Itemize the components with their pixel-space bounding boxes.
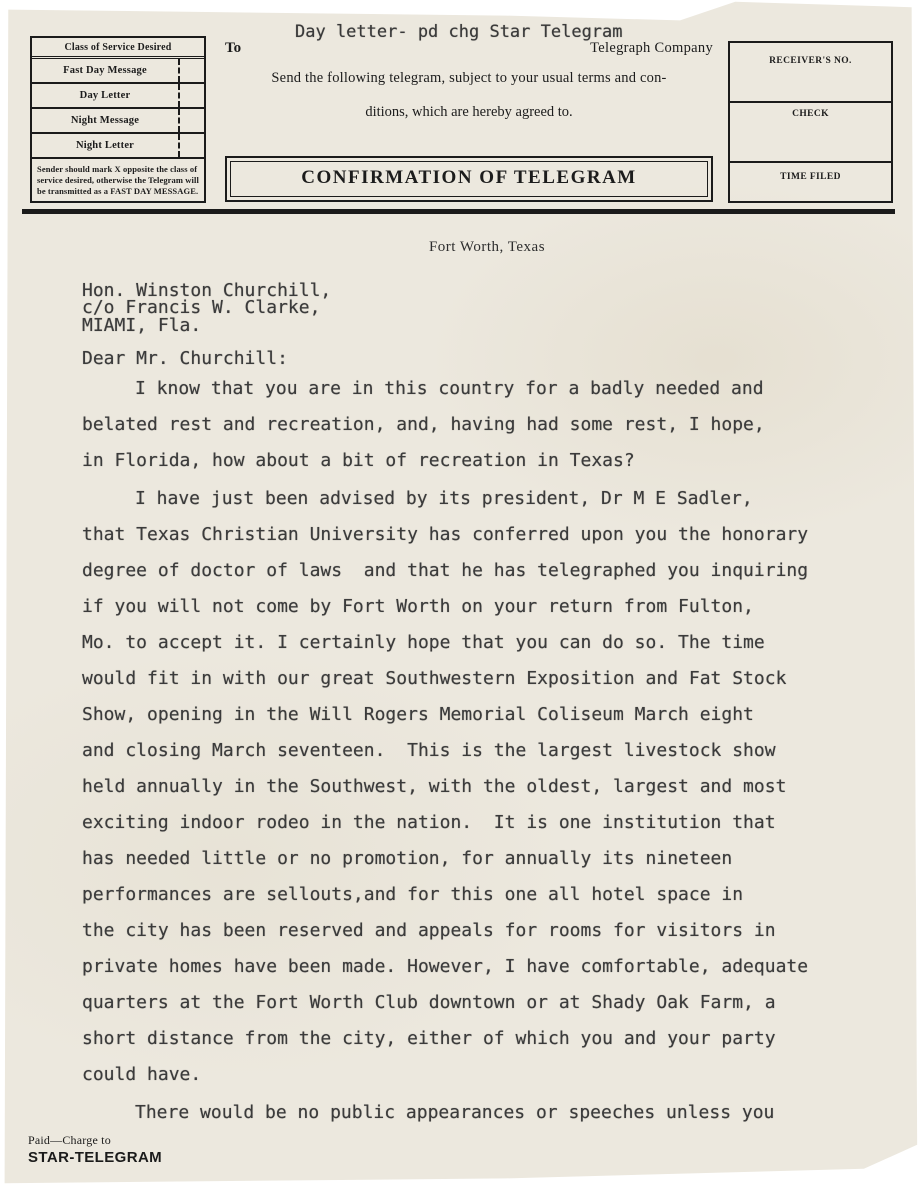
- service-option-label: Fast Day Message: [32, 65, 178, 76]
- letter-line: Mo. to accept it. I certainly hope that …: [82, 625, 869, 661]
- service-box-fine-print: Sender should mark X opposite the class …: [32, 159, 204, 201]
- paid-charge-label: Paid—Charge to: [28, 1133, 162, 1148]
- letter-line: held annually in the Southwest, with the…: [82, 769, 869, 805]
- terms-line-2: ditions, which are hereby agreed to.: [225, 104, 713, 121]
- letter-line: quarters at the Fort Worth Club downtown…: [82, 985, 869, 1021]
- letter-line: and closing March seventeen. This is the…: [82, 733, 869, 769]
- letter-line: exciting indoor rodeo in the nation. It …: [82, 805, 869, 841]
- salutation: Dear Mr. Churchill:: [82, 349, 869, 369]
- letter-line: if you will not come by Fort Worth on yo…: [82, 589, 869, 625]
- star-telegram-brand: STAR-TELEGRAM: [28, 1149, 162, 1166]
- letter-line: I have just been advised by its presiden…: [82, 481, 869, 517]
- letter-line: belated rest and recreation, and, having…: [82, 407, 869, 443]
- time-filed-field: TIME FILED: [730, 161, 891, 201]
- service-option-checkbox: [178, 134, 204, 157]
- header-divider-rule: [22, 209, 895, 214]
- service-option-row: Fast Day Message: [32, 59, 204, 84]
- to-company-row: To Telegraph Company: [225, 40, 713, 57]
- address-line: MIAMI, Fla.: [82, 317, 869, 335]
- service-option-label: Night Message: [32, 115, 178, 126]
- telegraph-company-label: Telegraph Company: [590, 40, 713, 57]
- confirmation-title: CONFIRMATION OF TELEGRAM: [230, 161, 708, 197]
- telegram-confirmation-document: Class of Service Desired Fast Day Messag…: [0, 0, 919, 1200]
- service-option-checkbox: [178, 109, 204, 132]
- letter-body: Hon. Winston Churchill, c/o Francis W. C…: [82, 282, 869, 1132]
- letter-line: that Texas Christian University has conf…: [82, 517, 869, 553]
- service-option-checkbox: [178, 84, 204, 107]
- service-option-row: Night Letter: [32, 134, 204, 159]
- service-option-label: Night Letter: [32, 140, 178, 151]
- document-footer: Paid—Charge to STAR-TELEGRAM: [28, 1133, 162, 1166]
- address-block: Hon. Winston Churchill, c/o Francis W. C…: [82, 282, 869, 335]
- letter-line: short distance from the city, either of …: [82, 1021, 869, 1057]
- terms-line-1: Send the following telegram, subject to …: [225, 70, 713, 87]
- header-center-column: Day letter- pd chg Star Telegram To Tele…: [213, 36, 721, 203]
- confirmation-title-box: CONFIRMATION OF TELEGRAM: [225, 156, 713, 202]
- service-option-row: Night Message: [32, 109, 204, 134]
- letter-line: the city has been reserved and appeals f…: [82, 913, 869, 949]
- service-option-checkbox: [178, 59, 204, 82]
- class-of-service-title: Class of Service Desired: [32, 38, 204, 59]
- letter-line: private homes have been made. However, I…: [82, 949, 869, 985]
- service-option-row: Day Letter: [32, 84, 204, 109]
- letter-line: has needed little or no promotion, for a…: [82, 841, 869, 877]
- letter-line: performances are sellouts,and for this o…: [82, 877, 869, 913]
- form-header: Class of Service Desired Fast Day Messag…: [30, 36, 893, 203]
- receivers-no-field: RECEIVER'S NO.: [730, 43, 891, 101]
- dateline: Fort Worth, Texas: [0, 239, 919, 256]
- letter-line: I know that you are in this country for …: [82, 371, 869, 407]
- typed-service-annotation: Day letter- pd chg Star Telegram: [295, 22, 623, 42]
- letter-line: There would be no public appearances or …: [82, 1095, 869, 1131]
- paragraph-2: I have just been advised by its presiden…: [82, 481, 869, 1093]
- address-line: c/o Francis W. Clarke,: [82, 299, 869, 317]
- check-field: CHECK: [730, 101, 891, 161]
- service-option-label: Day Letter: [32, 90, 178, 101]
- letter-line: degree of doctor of laws and that he has…: [82, 553, 869, 589]
- letter-line: could have.: [82, 1057, 869, 1093]
- to-label: To: [225, 40, 241, 57]
- letter-line: would fit in with our great Southwestern…: [82, 661, 869, 697]
- class-of-service-box: Class of Service Desired Fast Day Messag…: [30, 36, 206, 203]
- letter-line: Show, opening in the Will Rogers Memoria…: [82, 697, 869, 733]
- receiver-info-box: RECEIVER'S NO. CHECK TIME FILED: [728, 41, 893, 203]
- paragraph-3: There would be no public appearances or …: [82, 1095, 869, 1131]
- letter-line: in Florida, how about a bit of recreatio…: [82, 443, 869, 479]
- paragraph-1: I know that you are in this country for …: [82, 371, 869, 479]
